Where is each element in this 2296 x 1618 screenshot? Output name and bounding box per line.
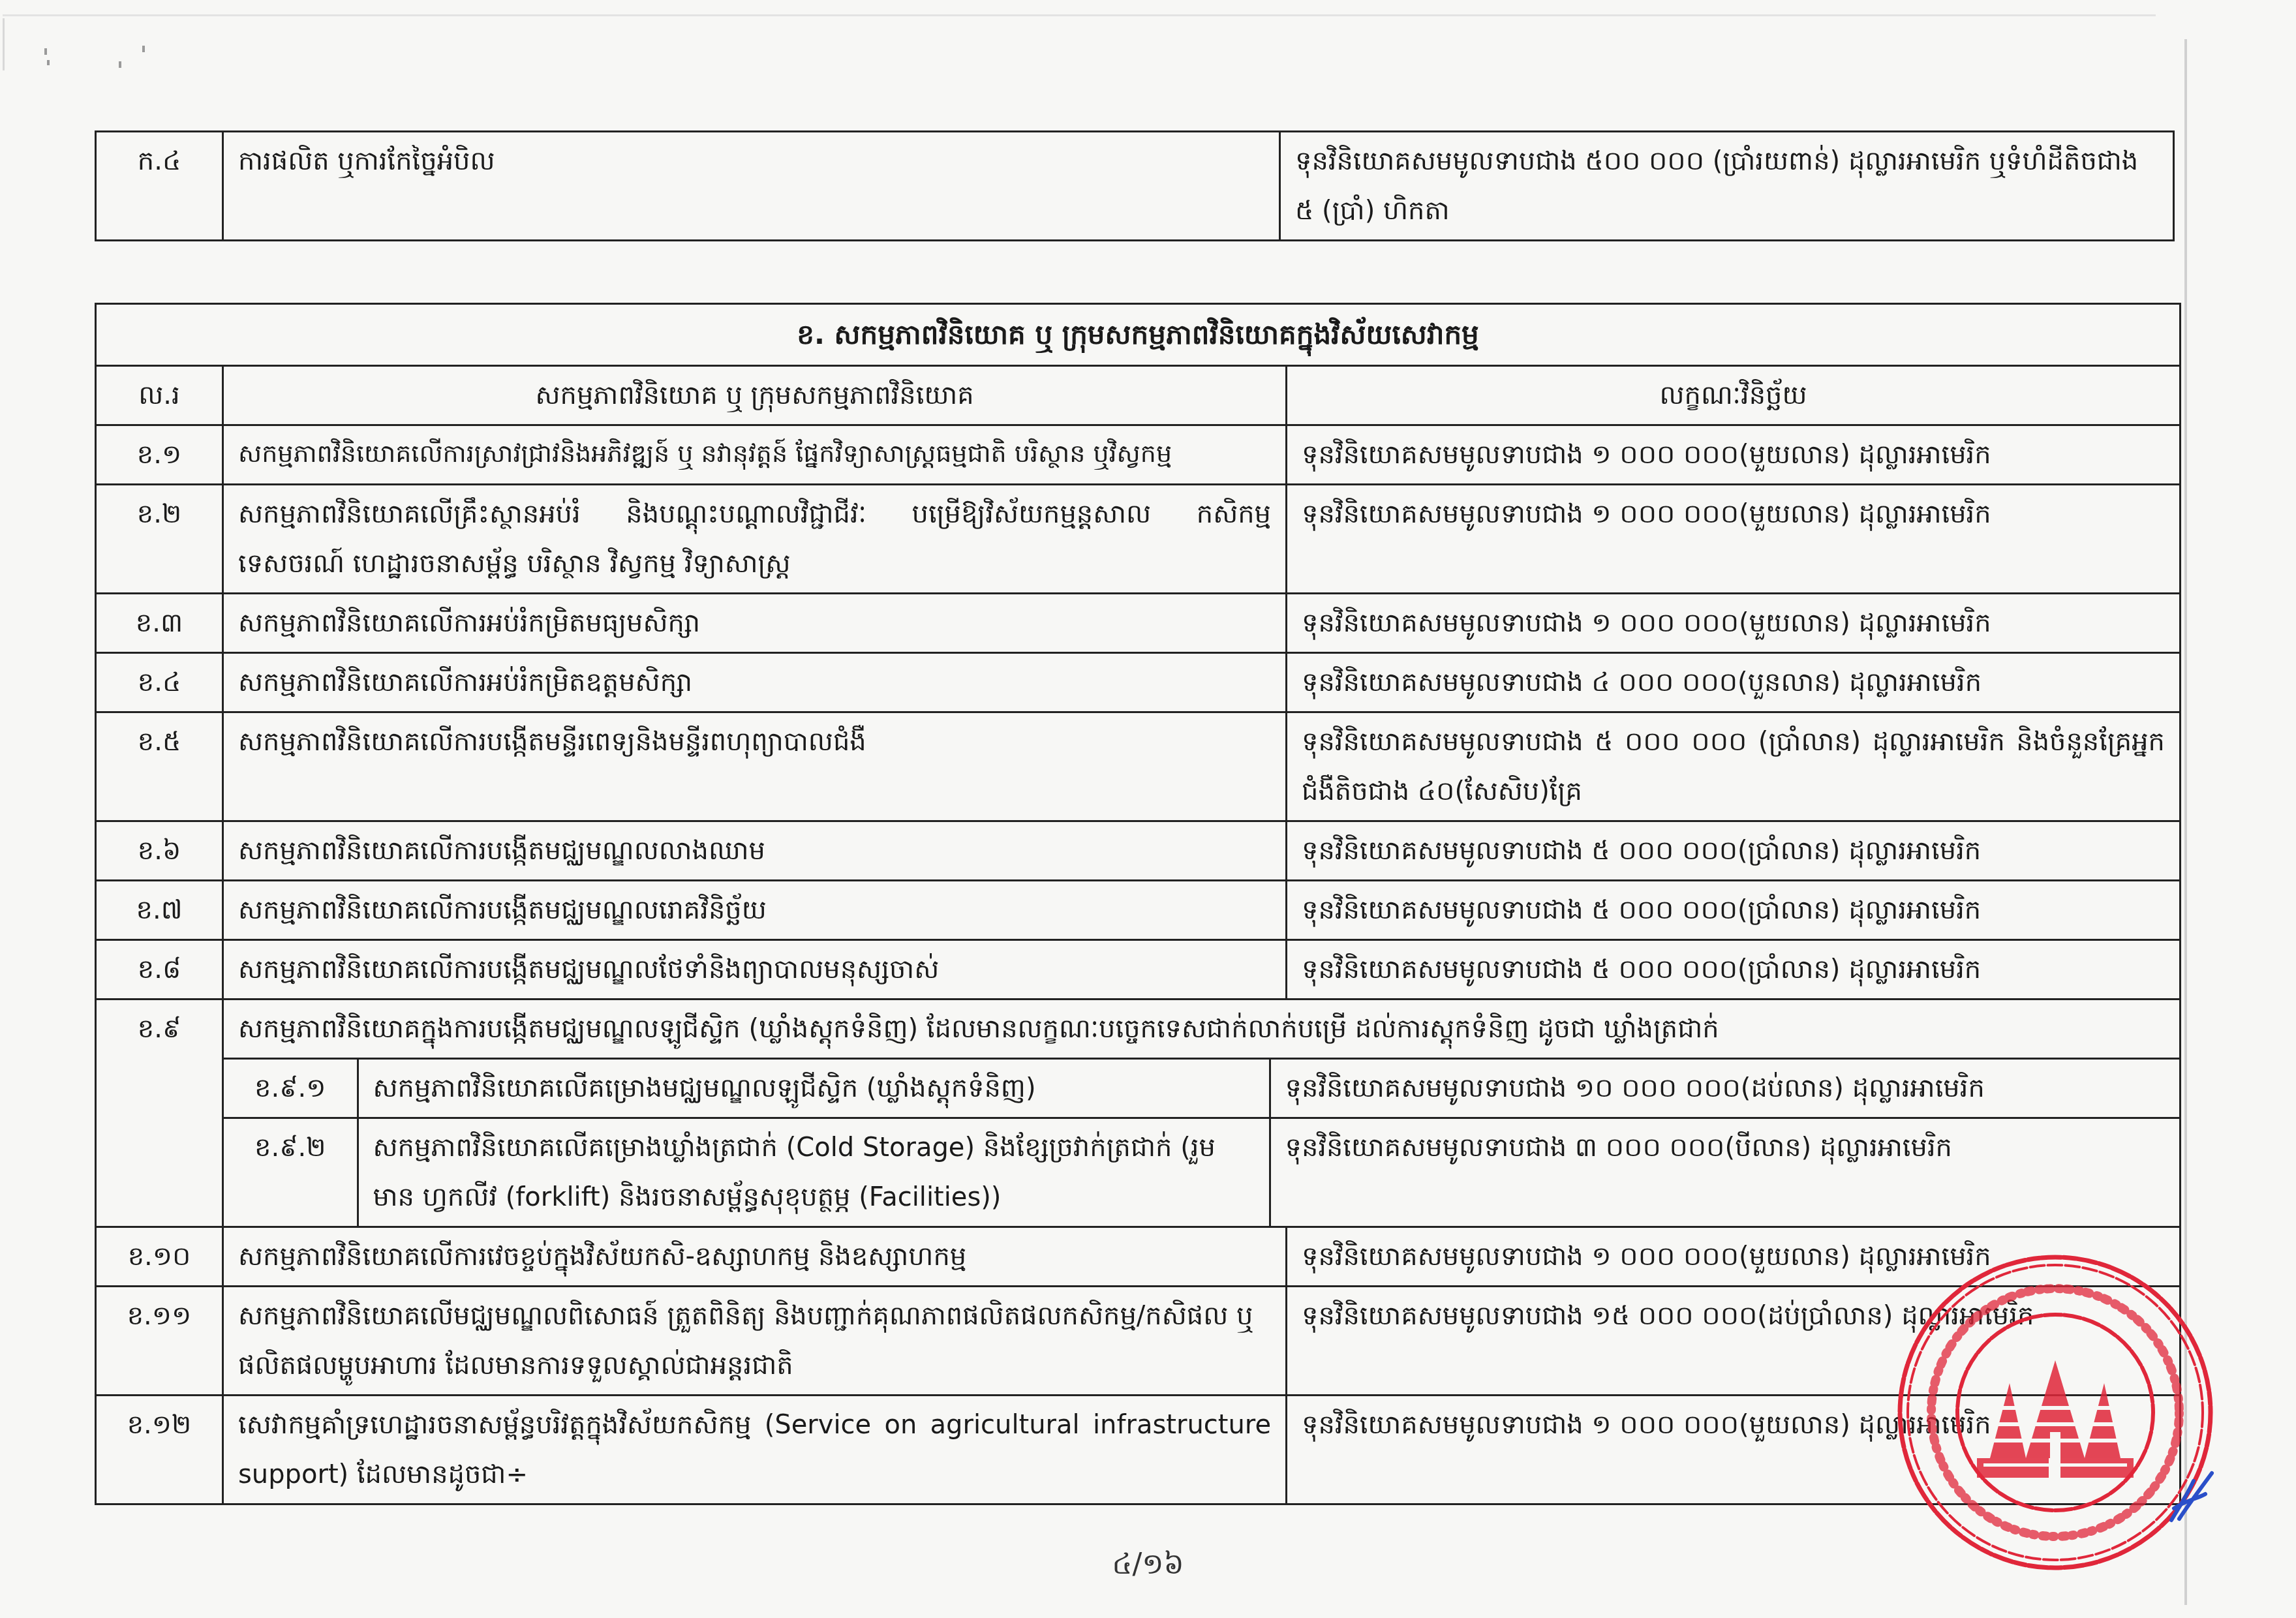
table-row: ក.៤ ការផលិត ឬការកែច្នៃអំបិល ទុនវិនិយោគសម… (96, 132, 2174, 241)
row-criteria: ទុនវិនិយោគសមមូលទាបជាង ៥ ០០០ ០០០(ប្រាំលាន… (1287, 821, 2181, 880)
header-criteria: លក្ខណៈវិនិច្ឆ័យ (1287, 365, 2181, 425)
row-code: ខ.៤ (96, 652, 223, 712)
table-row-group: ខ.៩ សកម្មភាពវិនិយោគក្នុងការបង្កើតមជ្ឈមណ្… (96, 999, 2181, 1058)
row-criteria: ទុនវិនិយោគសមមូលទាបជាង ៥០០ ០០០ (ប្រាំរយពា… (1280, 132, 2174, 241)
scan-speck (44, 48, 47, 55)
table-row: ខ.១ សកម្មភាពវិនិយោគលើការស្រាវជ្រាវនិងអភិ… (96, 425, 2181, 484)
scan-speck (142, 46, 145, 52)
page-number: ៤/១៦ (0, 1546, 2296, 1588)
row-criteria: ទុនវិនិយោគសមមូលទាបជាង ១ ០០០ ០០០(មួយលាន) … (1287, 425, 2181, 484)
subrow-criteria: ទុនវិនិយោគសមមូលទាបជាង ១០ ០០០ ០០០(ដប់លាន)… (1270, 1060, 2179, 1118)
row-code: ខ.១១ (96, 1286, 223, 1395)
table-row: ខ.១១ សកម្មភាពវិនិយោគលើមជ្ឈមណ្ឌលពិសោធន៍ ត… (96, 1286, 2181, 1395)
table-row: ខ.១២ សេវាកម្មគាំទ្រហេដ្ឋារចនាសម្ព័ន្ធបរិ… (96, 1395, 2181, 1504)
scan-speck (47, 60, 50, 65)
row-code: ខ.៩ (96, 999, 223, 1227)
table-row: ខ.១០ សកម្មភាពវិនិយោគលើការវេចខ្ចប់ក្នុងវិ… (96, 1227, 2181, 1286)
row-code: ខ.៨ (96, 939, 223, 999)
section-title-row: ខ. សកម្មភាពវិនិយោគ ឬ ក្រុមសកម្មភាពវិនិយោ… (96, 304, 2181, 366)
header-code: ល.រ (96, 365, 223, 425)
row-activity: សកម្មភាពវិនិយោគលើការអប់រំកម្រិតឧត្តមសិក្… (223, 652, 1287, 712)
table-subrow: ខ.៩.១ សកម្មភាពវិនិយោគលើគម្រោងមជ្ឈមណ្ឌលឡូ… (224, 1060, 2179, 1118)
row-code: ខ.១ (96, 425, 223, 484)
row-activity: សេវាកម្មគាំទ្រហេដ្ឋារចនាសម្ព័ន្ធបរិវត្តក… (223, 1395, 1287, 1504)
table-section-b-services: ខ. សកម្មភាពវិនិយោគ ឬ ក្រុមសកម្មភាពវិនិយោ… (95, 303, 2181, 1505)
header-activity: សកម្មភាពវិនិយោគ ឬ ក្រុមសកម្មភាពវិនិយោគ (223, 365, 1287, 425)
row-criteria: ទុនវិនិយោគសមមូលទាបជាង ១ ០០០ ០០០(មួយលាន) … (1287, 1395, 2181, 1504)
row-criteria: ទុនវិនិយោគសមមូលទាបជាង ៥ ០០០ ០០០ (ប្រាំលា… (1287, 712, 2181, 821)
row-criteria: ទុនវិនិយោគសមមូលទាបជាង ១៥ ០០០ ០០០(ដប់ប្រា… (1287, 1286, 2181, 1395)
row-activity: សកម្មភាពវិនិយោគលើការបង្កើតមជ្ឈមណ្ឌលរោគវិ… (223, 880, 1287, 939)
table-row: ខ.៦ សកម្មភាពវិនិយោគលើការបង្កើតមជ្ឈមណ្ឌលល… (96, 821, 2181, 880)
row-code: ខ.២ (96, 484, 223, 593)
row-code: ក.៤ (96, 132, 223, 241)
subrow-code: ខ.៩.២ (224, 1118, 358, 1226)
row-criteria: ទុនវិនិយោគសមមូលទាបជាង ១ ០០០ ០០០(មួយលាន) … (1287, 1227, 2181, 1286)
row-criteria: ទុនវិនិយោគសមមូលទាបជាង ៥ ០០០ ០០០(ប្រាំលាន… (1287, 939, 2181, 999)
table-header-row: ល.រ សកម្មភាពវិនិយោគ ឬ ក្រុមសកម្មភាពវិនិយ… (96, 365, 2181, 425)
section-title: ខ. សកម្មភាពវិនិយោគ ឬ ក្រុមសកម្មភាពវិនិយោ… (96, 304, 2181, 366)
row-criteria: ទុនវិនិយោគសមមូលទាបជាង ១ ០០០ ០០០(មួយលាន) … (1287, 593, 2181, 652)
subrow-criteria: ទុនវិនិយោគសមមូលទាបជាង ៣ ០០០ ០០០(បីលាន) ដ… (1270, 1118, 2179, 1226)
row-activity: សកម្មភាពវិនិយោគក្នុងការបង្កើតមជ្ឈមណ្ឌលឡូ… (223, 999, 2181, 1058)
table-row: ខ.៧ សកម្មភាពវិនិយោគលើការបង្កើតមជ្ឈមណ្ឌលរ… (96, 880, 2181, 939)
scan-edge-top (3, 14, 2156, 16)
scan-edge-right (2184, 39, 2187, 1605)
row-code: ខ.៣ (96, 593, 223, 652)
row-activity: សកម្មភាពវិនិយោគលើការស្រាវជ្រាវនិងអភិវឌ្ឍ… (223, 425, 1287, 484)
row-activity: សកម្មភាពវិនិយោគលើគ្រឹះស្ថានអប់រំ និងបណ្ត… (223, 484, 1287, 593)
table-row: ខ.៤ សកម្មភាពវិនិយោគលើការអប់រំកម្រិតឧត្តម… (96, 652, 2181, 712)
row-criteria: ទុនវិនិយោគសមមូលទាបជាង ៥ ០០០ ០០០(ប្រាំលាន… (1287, 880, 2181, 939)
table-subrow: ខ.៩.២ សកម្មភាពវិនិយោគលើគម្រោងឃ្លាំងត្រជា… (224, 1118, 2179, 1226)
row-activity: សកម្មភាពវិនិយោគលើការវេចខ្ចប់ក្នុងវិស័យកស… (223, 1227, 1287, 1286)
table-row: ខ.៣ សកម្មភាពវិនិយោគលើការអប់រំកម្រិតមធ្យម… (96, 593, 2181, 652)
table-row: ខ.២ សកម្មភាពវិនិយោគលើគ្រឹះស្ថានអប់រំ និង… (96, 484, 2181, 593)
subtable-row: ខ.៩.១ សកម្មភាពវិនិយោគលើគម្រោងមជ្ឈមណ្ឌលឡូ… (96, 1058, 2181, 1227)
subrow-activity: សកម្មភាពវិនិយោគលើគម្រោងឃ្លាំងត្រជាក់ (Co… (358, 1118, 1270, 1226)
subtable: ខ.៩.១ សកម្មភាពវិនិយោគលើគម្រោងមជ្ឈមណ្ឌលឡូ… (224, 1060, 2179, 1226)
row-activity: សកម្មភាពវិនិយោគលើការបង្កើតមជ្ឈមណ្ឌលថែទាំ… (223, 939, 1287, 999)
row-code: ខ.១០ (96, 1227, 223, 1286)
row-code: ខ.៥ (96, 712, 223, 821)
table-section-a-continuation: ក.៤ ការផលិត ឬការកែច្នៃអំបិល ទុនវិនិយោគសម… (95, 130, 2175, 241)
row-code: ខ.៦ (96, 821, 223, 880)
subtable-container: ខ.៩.១ សកម្មភាពវិនិយោគលើគម្រោងមជ្ឈមណ្ឌលឡូ… (223, 1058, 2181, 1227)
table-row: ខ.៥ សកម្មភាពវិនិយោគលើការបង្កើតមន្ទីរពេទ្… (96, 712, 2181, 821)
row-code: ខ.៧ (96, 880, 223, 939)
subrow-code: ខ.៩.១ (224, 1060, 358, 1118)
row-criteria: ទុនវិនិយោគសមមូលទាបជាង ១ ០០០ ០០០(មួយលាន) … (1287, 484, 2181, 593)
row-activity: សកម្មភាពវិនិយោគលើការបង្កើតមជ្ឈមណ្ឌលលាងឈា… (223, 821, 1287, 880)
table-row: ខ.៨ សកម្មភាពវិនិយោគលើការបង្កើតមជ្ឈមណ្ឌលថ… (96, 939, 2181, 999)
scan-speck (119, 61, 121, 68)
row-activity: សកម្មភាពវិនិយោគលើមជ្ឈមណ្ឌលពិសោធន៍ ត្រួតព… (223, 1286, 1287, 1395)
subrow-activity: សកម្មភាពវិនិយោគលើគម្រោងមជ្ឈមណ្ឌលឡូជីស្ទិ… (358, 1060, 1270, 1118)
scan-edge-left (3, 18, 5, 70)
row-code: ខ.១២ (96, 1395, 223, 1504)
row-criteria: ទុនវិនិយោគសមមូលទាបជាង ៤ ០០០ ០០០(បួនលាន) … (1287, 652, 2181, 712)
row-activity: សកម្មភាពវិនិយោគលើការបង្កើតមន្ទីរពេទ្យនិង… (223, 712, 1287, 821)
row-activity: ការផលិត ឬការកែច្នៃអំបិល (223, 132, 1280, 241)
row-activity: សកម្មភាពវិនិយោគលើការអប់រំកម្រិតមធ្យមសិក្… (223, 593, 1287, 652)
